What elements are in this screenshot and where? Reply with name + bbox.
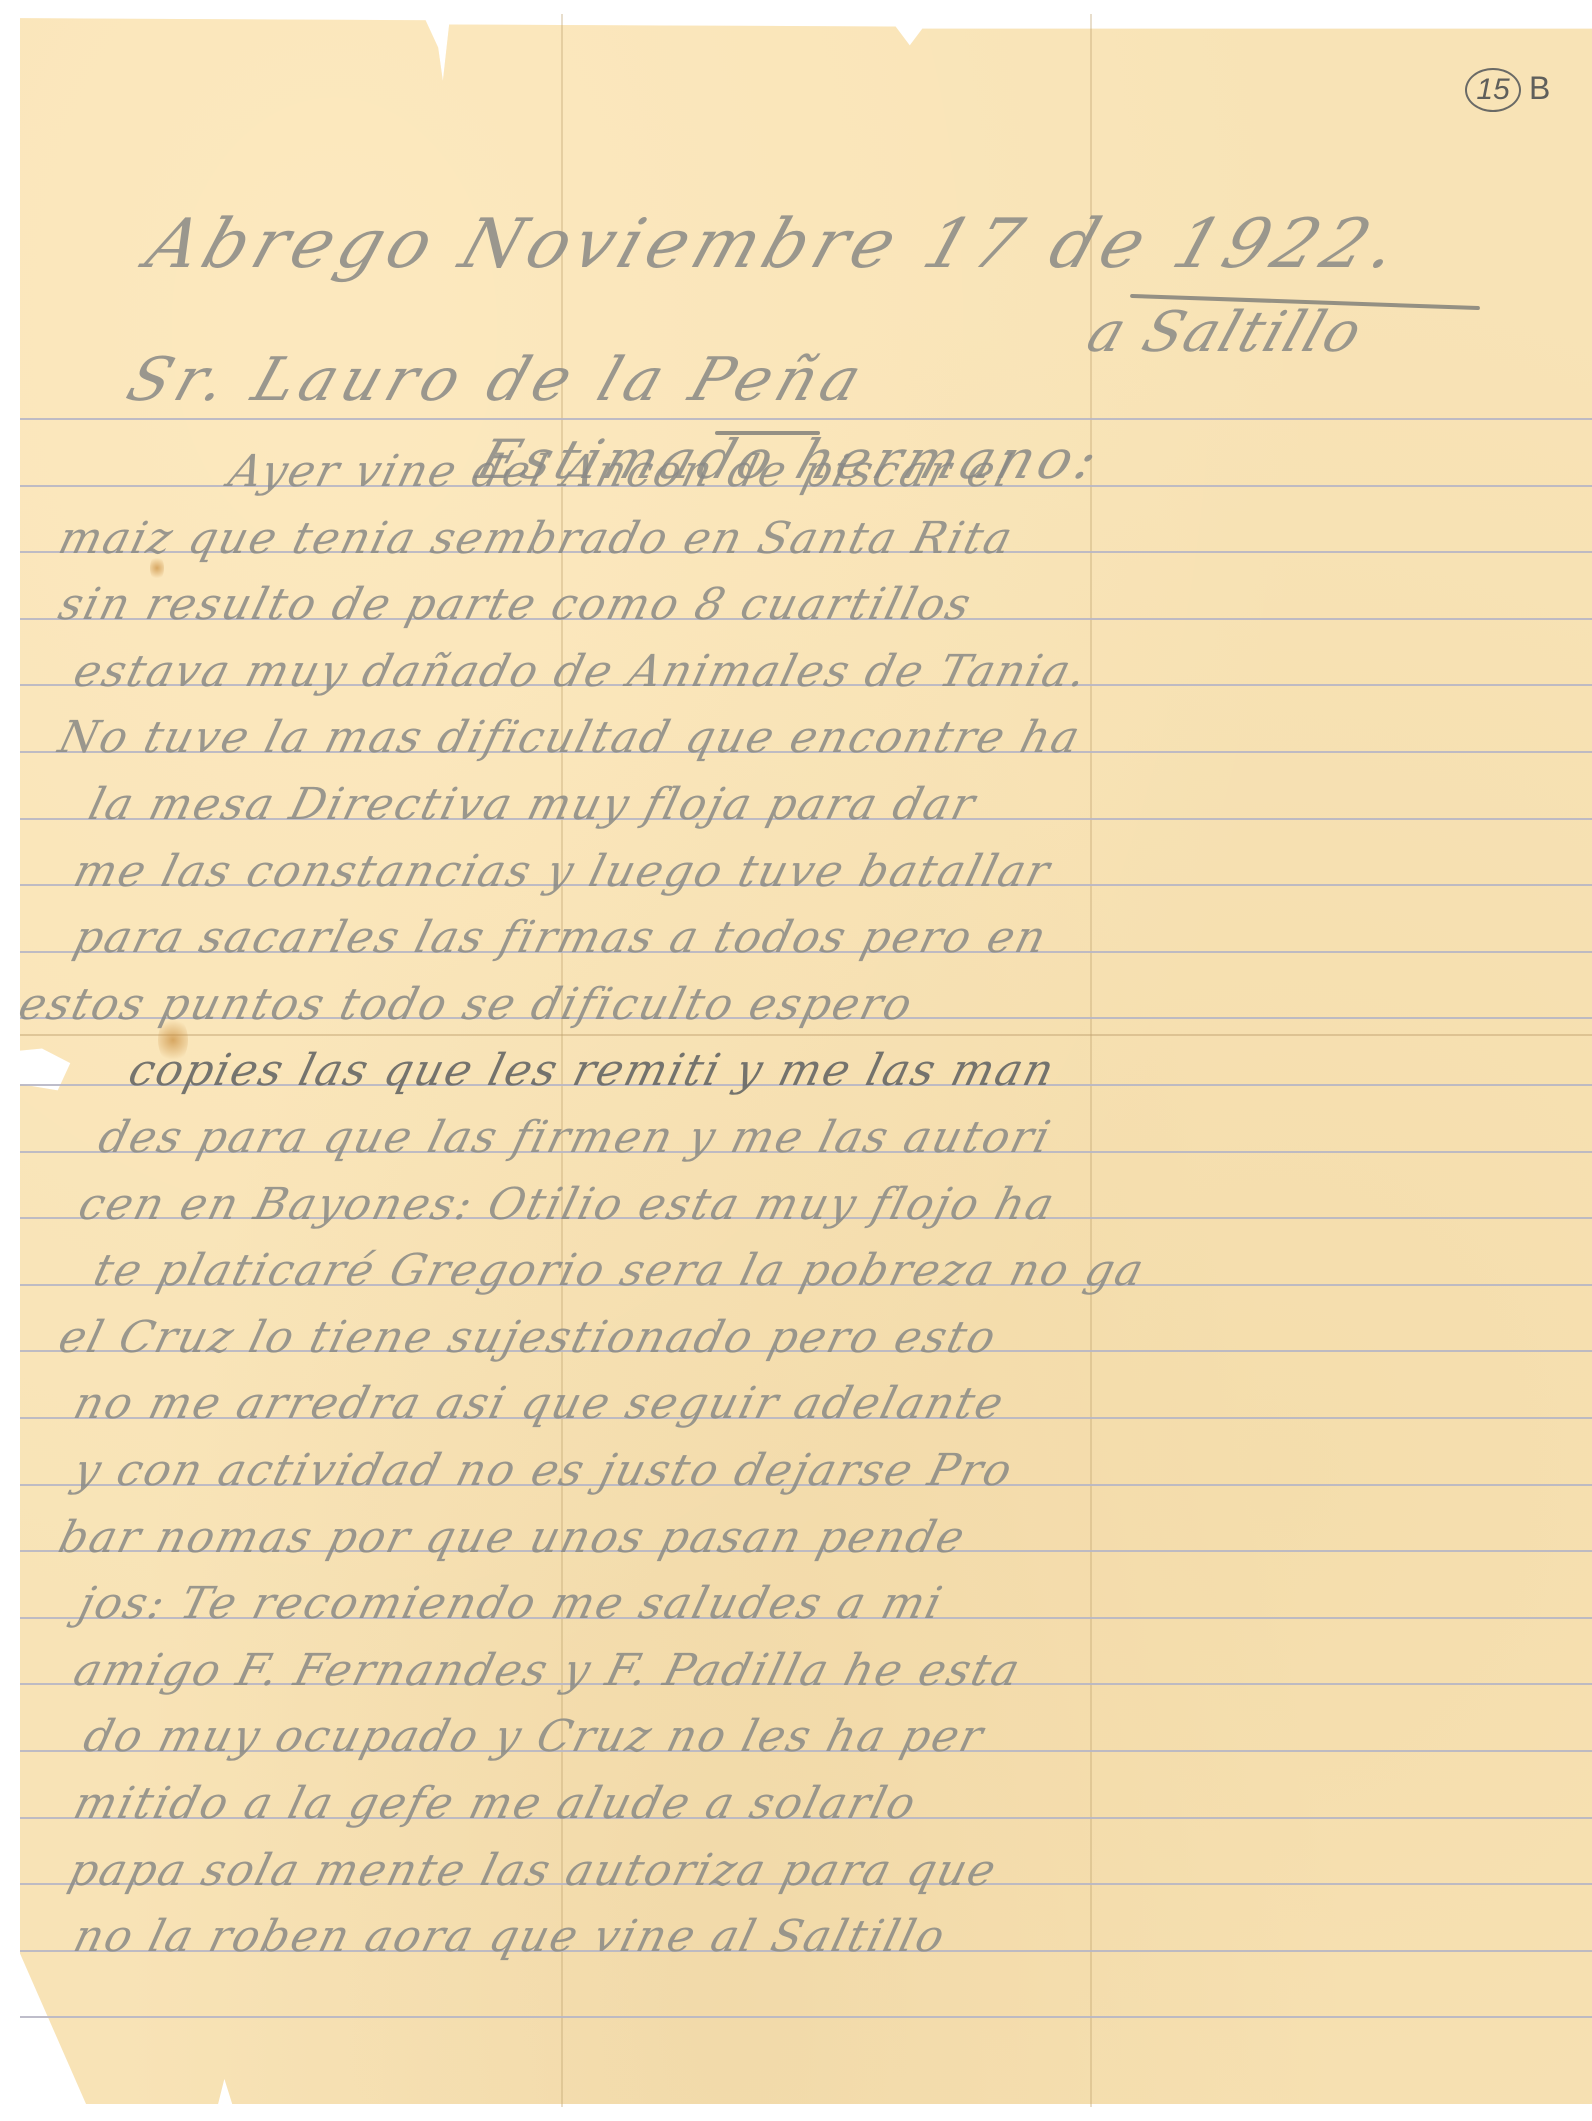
letter-body-line: la mesa Directiva muy floja para dar <box>84 779 982 830</box>
ruled-line <box>20 2016 1592 2018</box>
letter-body-line: jos: Te recomiendo me saludes a mi <box>74 1578 949 1629</box>
letter-body-line: me las constancias y luego tuve batallar <box>69 846 1057 897</box>
letter-body-line: copies las que les remiti y me las man <box>124 1045 1061 1096</box>
letter-body-line: maiz que tenia sembrado en Santa Rita <box>54 513 1019 564</box>
letter-body-line: Ayer vine del Ancon de piscar el <box>224 446 1019 497</box>
letter-body-line: papa sola mente las autoriza para que <box>64 1845 1003 1896</box>
letter-body-line: mitido a la gefe me alude a solarlo <box>69 1778 923 1829</box>
letter-body-line: sin resulto de parte como 8 cuartillos <box>54 579 978 630</box>
horizontal-fold-crease <box>20 1034 1592 1036</box>
archive-letter: B <box>1529 70 1550 106</box>
archive-number: 15 <box>1465 68 1521 112</box>
date-line: Abrego Noviembre 17 de 1922. <box>137 205 1414 284</box>
letter-body-line: estava muy dañado de Animales de Tania. <box>69 646 1094 697</box>
letter-body-line: el Cruz lo tiene sujestionado pero esto <box>54 1312 1003 1363</box>
letter-body-line: do muy ocupado y Cruz no les ha per <box>79 1711 990 1762</box>
letter-body-line: y con actividad no es justo dejarse Pro <box>69 1445 1019 1496</box>
ruled-line <box>20 418 1592 420</box>
letter-body-line: cen en Bayones: Otilio esta muy flojo ha <box>74 1179 1061 1230</box>
letter-body-line: des para que las firmen y me las autori <box>94 1112 1057 1163</box>
letter-body-line: estos puntos todo se dificulto espero <box>14 979 919 1030</box>
letter-body-line: No tuve la mas dificultad que encontre h… <box>54 712 1087 763</box>
letter-body-line: no me arredra asi que seguir adelante <box>69 1378 1010 1429</box>
place-line: a Saltillo <box>1079 300 1371 365</box>
addressee: Sr. Lauro de la Peña <box>119 345 876 415</box>
letter-body-line: no la roben aora que vine al Saltillo <box>69 1911 952 1962</box>
letter-body-line: te platicaré Gregorio sera la pobreza no… <box>89 1245 1151 1296</box>
letter-body-line: amigo F. Fernandes y F. Padilla he esta <box>69 1645 1027 1696</box>
archive-mark: 15B <box>1465 68 1550 112</box>
letter-body-line: bar nomas por que unos pasan pende <box>54 1512 972 1563</box>
letter-body-line: para sacarles las firmas a todos pero en <box>69 912 1053 963</box>
